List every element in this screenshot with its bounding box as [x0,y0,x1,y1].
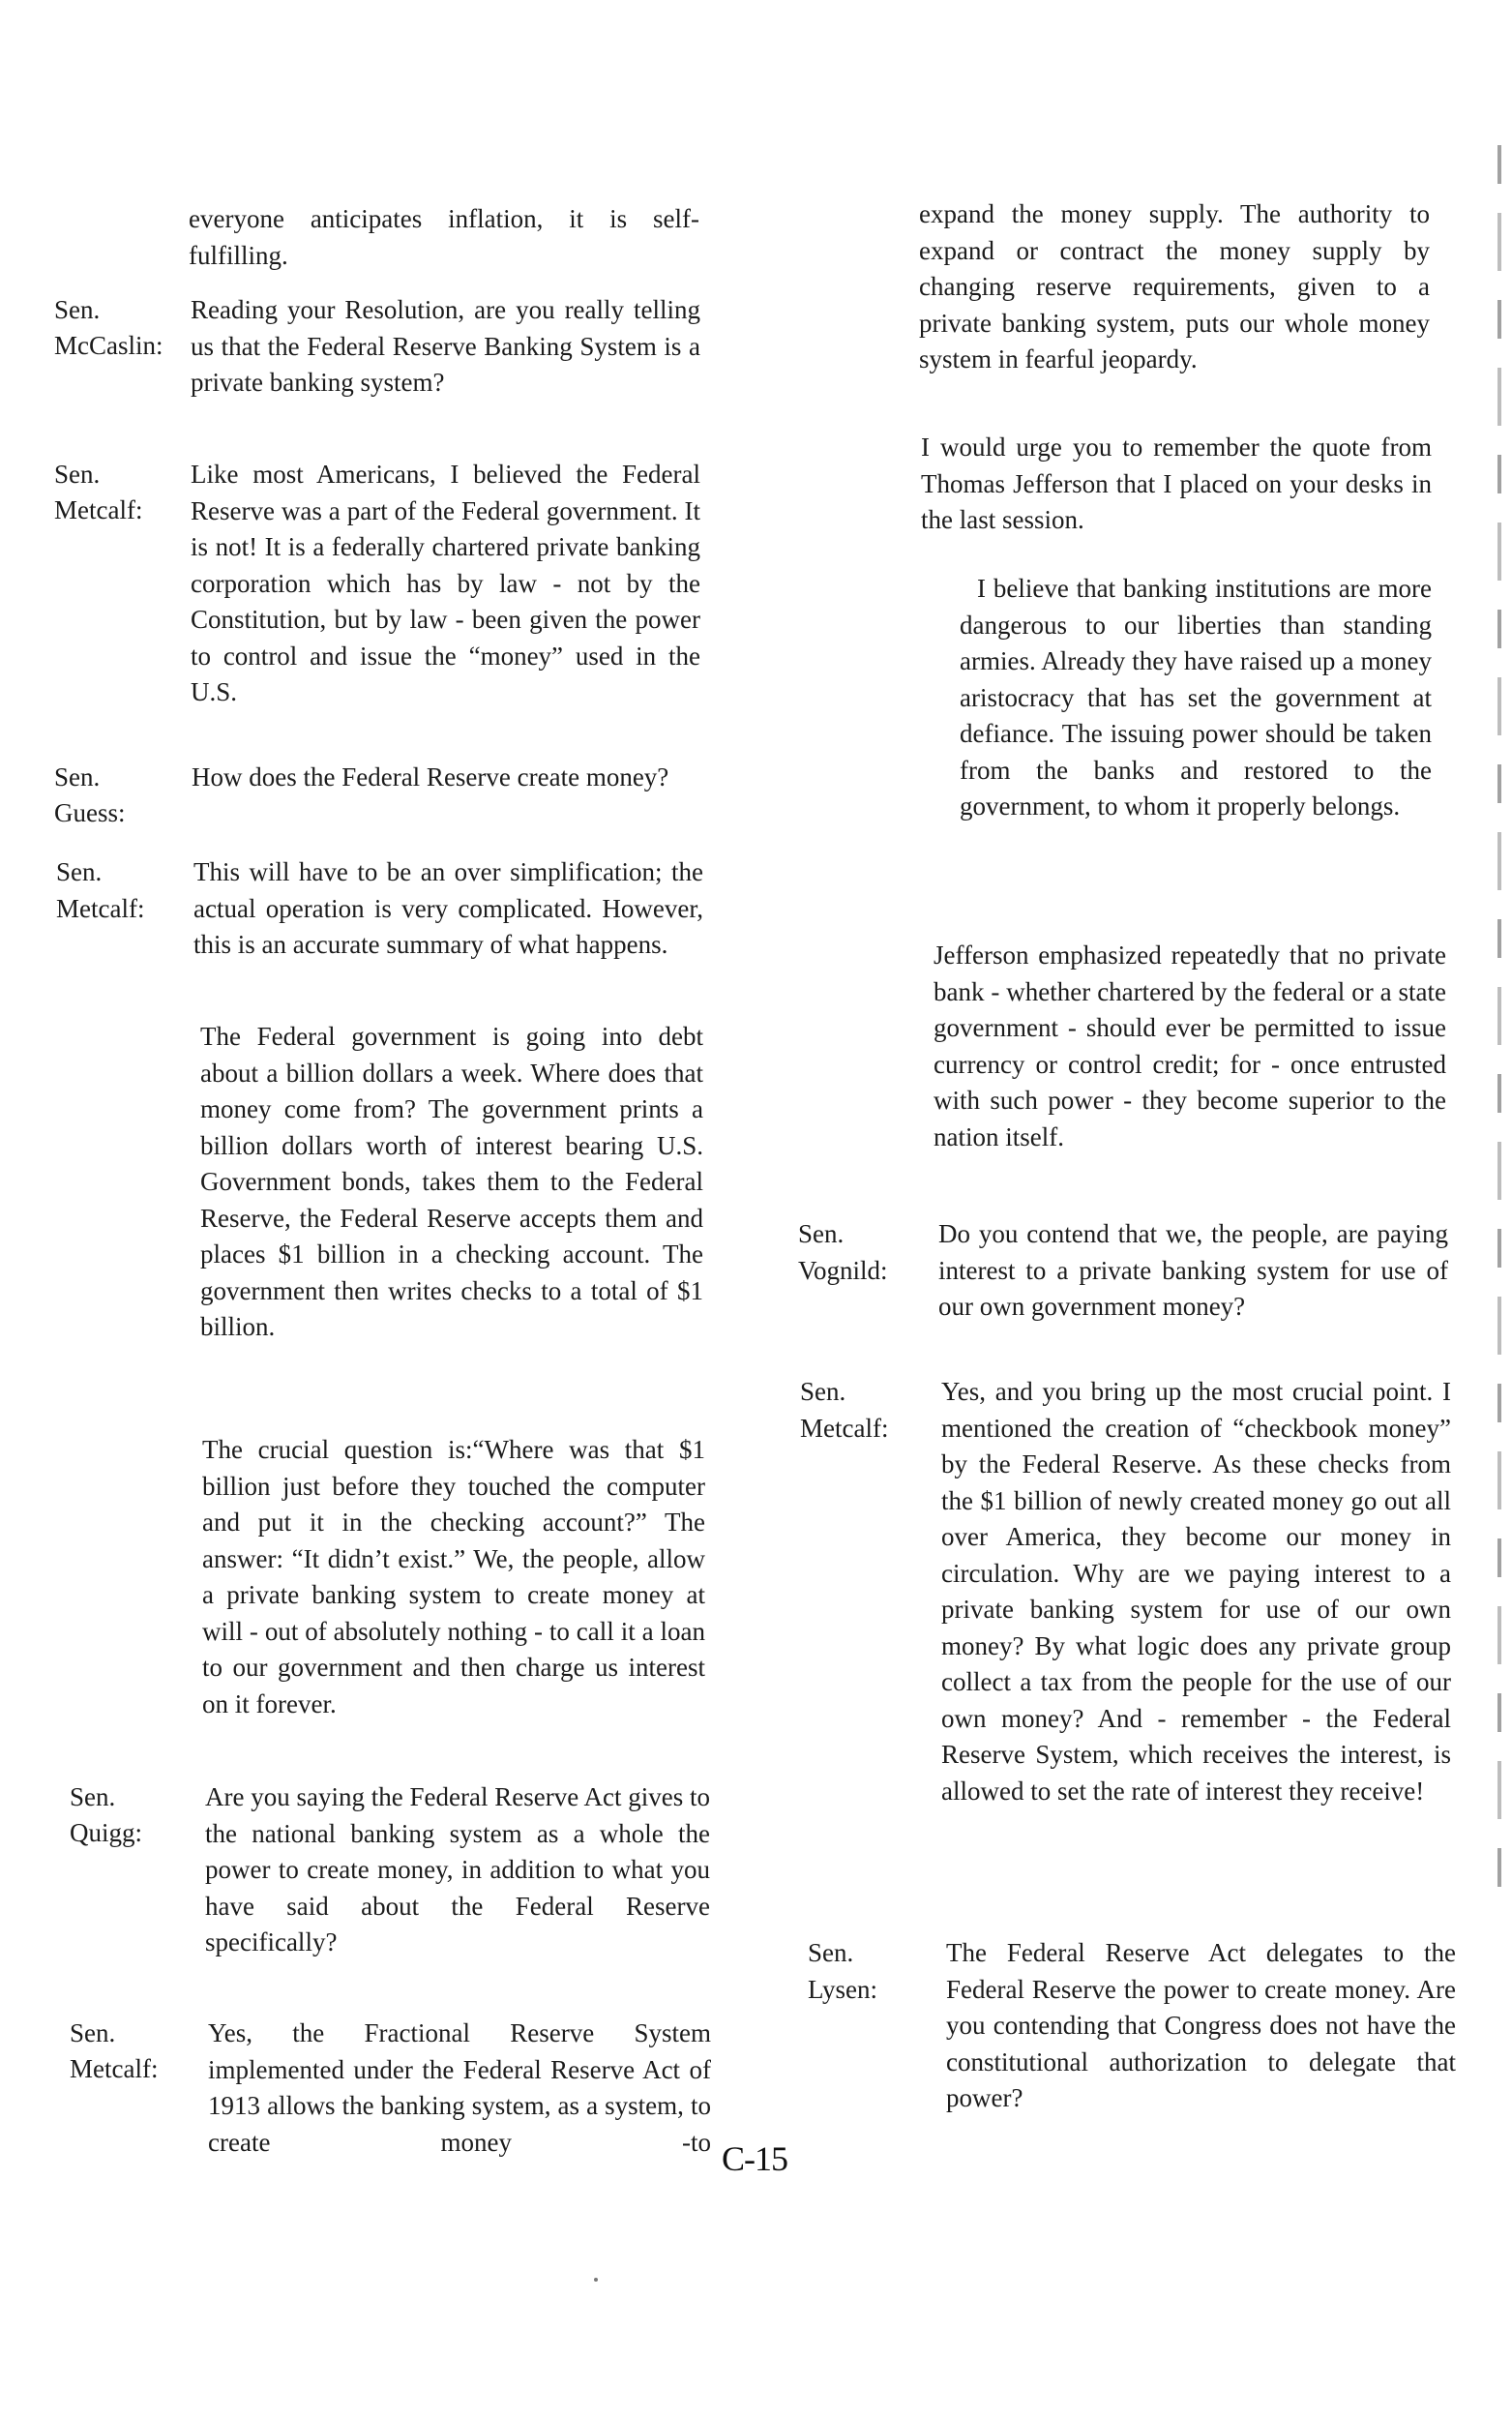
speech-text: Are you saying the Federal Reserve Act g… [205,1779,710,1961]
speaker-title: Sen. [54,292,100,329]
scan-edge-artifact [1497,145,1501,1887]
speaker-title: Sen. [54,760,100,796]
scan-speck [594,2278,598,2282]
speech-text: This will have to be an over simplificat… [193,854,703,964]
speaker-name: Vognild: [798,1253,888,1290]
document-page: everyone anticipates inflation, it is se… [0,0,1512,2419]
speaker-title: Sen. [56,854,102,891]
speaker-name: Metcalf: [56,891,144,928]
speech-continuation-1: The Federal government is going into deb… [200,1019,703,1346]
speech-text: Do you contend that we, the people, are … [938,1216,1448,1326]
speech-text: The Federal Reserve Act delegates to the… [946,1935,1456,2117]
left-continuation-text: everyone anticipates inflation, it is se… [189,201,699,274]
speech-text: Yes, and you bring up the most crucial p… [941,1374,1451,1809]
speaker-title: Sen. [54,457,100,493]
right-continuation-1: expand the money supply. The authority t… [919,196,1430,378]
jefferson-commentary: Jefferson emphasized repeatedly that no … [934,938,1446,1155]
speech-text: Reading your Resolution, are you really … [191,292,700,402]
speaker-name: Quigg: [70,1815,142,1852]
speaker-name: Metcalf: [70,2051,158,2088]
speaker-name: Lysen: [808,1972,877,2009]
speaker-name: Metcalf: [54,493,142,529]
jefferson-quote: I believe that banking institutions are … [960,571,1432,825]
speaker-title: Sen. [798,1216,844,1253]
speaker-name: Guess: [54,795,126,832]
speaker-title: Sen. [808,1935,853,1972]
speech-text: How does the Federal Reserve create mone… [192,760,701,796]
right-continuation-2: I would urge you to remember the quote f… [921,430,1432,539]
page-number: C-15 [722,2138,787,2179]
speech-text: Yes, the Fractional Reserve System imple… [208,2016,711,2161]
speaker-title: Sen. [70,1779,115,1816]
speech-text: Like most Americans, I believed the Fede… [191,457,700,711]
speaker-title: Sen. [800,1374,845,1411]
speaker-name: Metcalf: [800,1411,888,1448]
speaker-name: McCaslin: [54,328,163,365]
speech-continuation-2: The crucial question is:“Where was that … [202,1432,705,1722]
speaker-title: Sen. [70,2016,115,2052]
